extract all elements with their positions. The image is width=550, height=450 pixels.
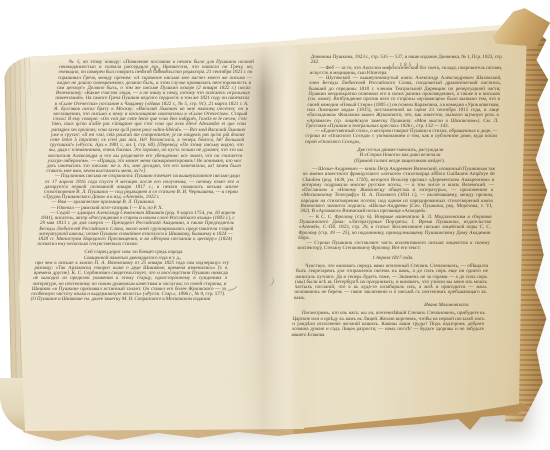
- text-block-letter: Посмотримъ, кто изъ насъ: вы ли, почтенн…: [291, 311, 485, 337]
- text-block-letter: Чувствуя, что виноватъ передъ вами почте…: [294, 264, 489, 301]
- text-block-date: 1 Апреля 1817 года.: [297, 256, 489, 261]
- text-block-para: — Седой — адмирал Александр Семенович Ши…: [37, 211, 235, 247]
- text-block-para: № 5, по этому поводу: «Появление послани…: [46, 60, 254, 174]
- left-page-text-column: № 5, по этому поводу: «Появление послани…: [58, 60, 254, 73]
- text-block-para: — Феб — за то, что Аполлон мифологически…: [310, 66, 503, 77]
- text-block-para: — Шутовской — вышеупомянутый князь Алекс…: [306, 76, 502, 129]
- text-block-para: — К С. С. Фролову (стр. 6). Впервые напе…: [298, 215, 492, 241]
- text-block-sign: Ивана Малиновскаго.: [293, 303, 485, 308]
- text-block-para: — Строки Пушкина составляют часть коллек…: [297, 241, 490, 252]
- text-block-para: — Подлинник письма не сохранился. Пушкин…: [43, 174, 240, 200]
- left-page-text: № 5, по этому поводу: «Появление послани…: [30, 60, 254, 302]
- text-block-cont: Дневника Пушкина, 1923 г., стр. 535 — 53…: [310, 55, 503, 66]
- text-block-para: — «Единственный стих», о котором говорит…: [305, 129, 498, 145]
- right-page-text: Дневника Пушкина, 1923 г., стр. 535 — 53…: [291, 55, 503, 338]
- text-block-para: — Шолье-Андреевич — князь Петр Андреевич…: [300, 167, 495, 215]
- right-page-text-column: Дневника Пушкина, 1923 г., стр. 535 — 53…: [310, 55, 503, 68]
- book-photo: № 5, по этому поводу: «Появление послани…: [0, 0, 550, 450]
- text-block-cont: при чем в письме к князю П. А. Вяземском…: [30, 261, 229, 303]
- text-block-verse: (Прямой талант везде защитников найдет).: [303, 159, 495, 164]
